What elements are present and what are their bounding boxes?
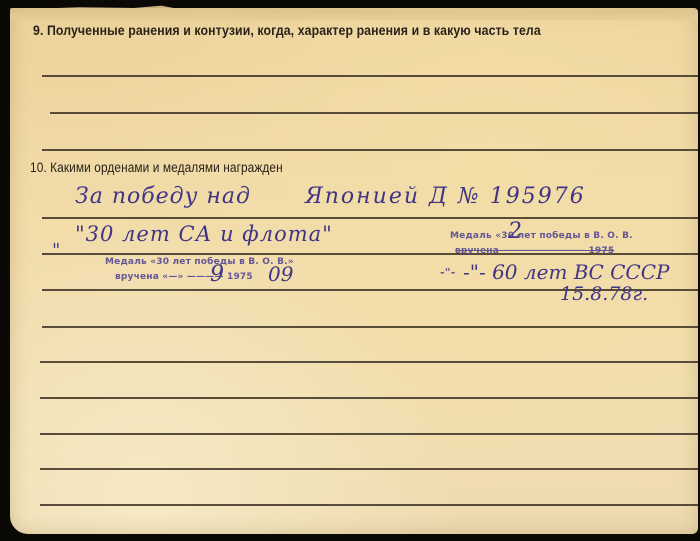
answer-line [40,397,698,399]
answer-line [40,504,698,506]
answer-line [40,433,698,435]
handwritten-medal-month: 09 [268,262,293,286]
handwritten-award-1b: Японией Д № 195976 [305,184,586,209]
torn-top-edge [10,4,698,20]
handwritten-medal-day: 9 [210,262,224,287]
answer-line [42,149,698,151]
handwritten-award-1a: За победу над [75,184,251,209]
answer-line [42,75,698,77]
stamp-medal-right-line1: Медаль «30 лет победы в В. О. В. [450,231,633,241]
answer-line [40,361,698,363]
answer-line [42,217,698,219]
stamp-medal-left-line2: вручена «—» ———— 1975 [115,272,253,282]
handwritten-quote-mark: " [52,240,60,261]
handwritten-award-3: -"- 60 лет ВС СССР [463,260,670,284]
section-10-label: 10. Какими орденами и медалями награжден [30,160,283,175]
answer-line [42,326,698,328]
answer-line [40,468,698,470]
answer-line [50,112,698,114]
handwritten-award-2: "30 лет СА и флота" [75,222,333,246]
stamp-medal-right-line2: вручена ————————— 1975 [455,246,614,256]
section-9-label: 9. Полученные ранения и контузии, когда,… [33,22,541,38]
handwritten-overwrite-digit: 2 [508,219,522,244]
stamp-medal-left-line1: Медаль «30 лет победы в В. О. В.» [105,257,294,267]
handwritten-award-date: 15.8.78г. [560,283,648,305]
ditto-mark: -"- [440,266,455,279]
